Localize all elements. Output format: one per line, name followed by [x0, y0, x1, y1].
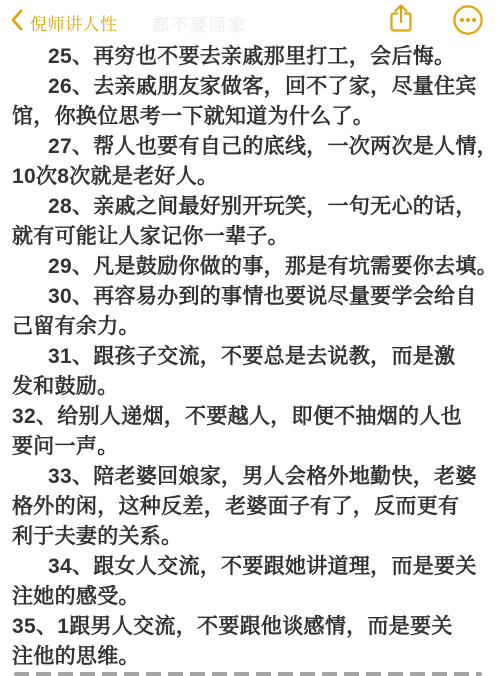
- note-line: 27、帮人也要有自己的底线，一次两次是人情，: [12, 132, 500, 162]
- note-line: 要问一声。: [12, 432, 500, 462]
- note-line: 利于夫妻的关系。: [12, 522, 500, 552]
- share-icon: [388, 21, 414, 36]
- note-line: 发和鼓励。: [12, 372, 500, 402]
- note-line: 30、再容易办到的事情也要说尽量要学会给自: [12, 282, 500, 312]
- note-line: 馆，你换位思考一下就知道为什么了。: [12, 102, 500, 132]
- note-line: 35、1跟男人交流，不要跟他谈感情，而是要关: [12, 612, 500, 642]
- note-line: 31、跟孩子交流，不要总是去说教，而是激: [12, 342, 500, 372]
- note-line: 26、去亲戚朋友家做客，回不了家，尽量住宾: [12, 72, 500, 102]
- note-line: 就有可能让人家记你一辈子。: [12, 222, 500, 252]
- note-line: 25、再穷也不要去亲戚那里打工，会后悔。: [12, 42, 500, 72]
- cutoff-next-line: [14, 672, 482, 676]
- notes-app-screen: 都不要回家 倪师讲人性: [0, 0, 500, 676]
- note-line: 己留有余力。: [12, 312, 500, 342]
- note-line: 34、跟女人交流，不要跟她讲道理，而是要关: [12, 552, 500, 582]
- ghost-scrolled-text: 都不要回家: [152, 11, 247, 36]
- share-button[interactable]: [388, 3, 414, 33]
- note-line: 10次8次就是老好人。: [12, 162, 500, 192]
- note-line: 28、亲戚之间最好别开玩笑，一句无心的话，: [12, 192, 500, 222]
- back-button-label: 倪师讲人性: [30, 10, 118, 35]
- note-line: 注她的感受。: [12, 582, 500, 612]
- nav-bar: 都不要回家 倪师讲人性: [0, 0, 500, 42]
- note-body: 25、再穷也不要去亲戚那里打工，会后悔。26、去亲戚朋友家做客，回不了家，尽量住…: [12, 42, 500, 672]
- note-line: 29、凡是鼓励你做的事，那是有坑需要你去填。: [12, 252, 500, 282]
- more-options-button[interactable]: [452, 4, 484, 36]
- note-line: 32、给别人递烟，不要越人，即便不抽烟的人也: [12, 402, 500, 432]
- note-line: 33、陪老婆回娘家，男人会格外地勤快，老婆: [12, 462, 500, 492]
- back-button[interactable]: 倪师讲人性: [10, 9, 118, 36]
- ellipsis-circle-icon: [452, 24, 484, 39]
- note-lines: 25、再穷也不要去亲戚那里打工，会后悔。26、去亲戚朋友家做客，回不了家，尽量住…: [12, 42, 500, 672]
- note-line: 格外的闲，这种反差，老婆面子有了，反而更有: [12, 492, 500, 522]
- chevron-left-icon: [10, 9, 23, 36]
- note-line: 注他的思维。: [12, 642, 500, 672]
